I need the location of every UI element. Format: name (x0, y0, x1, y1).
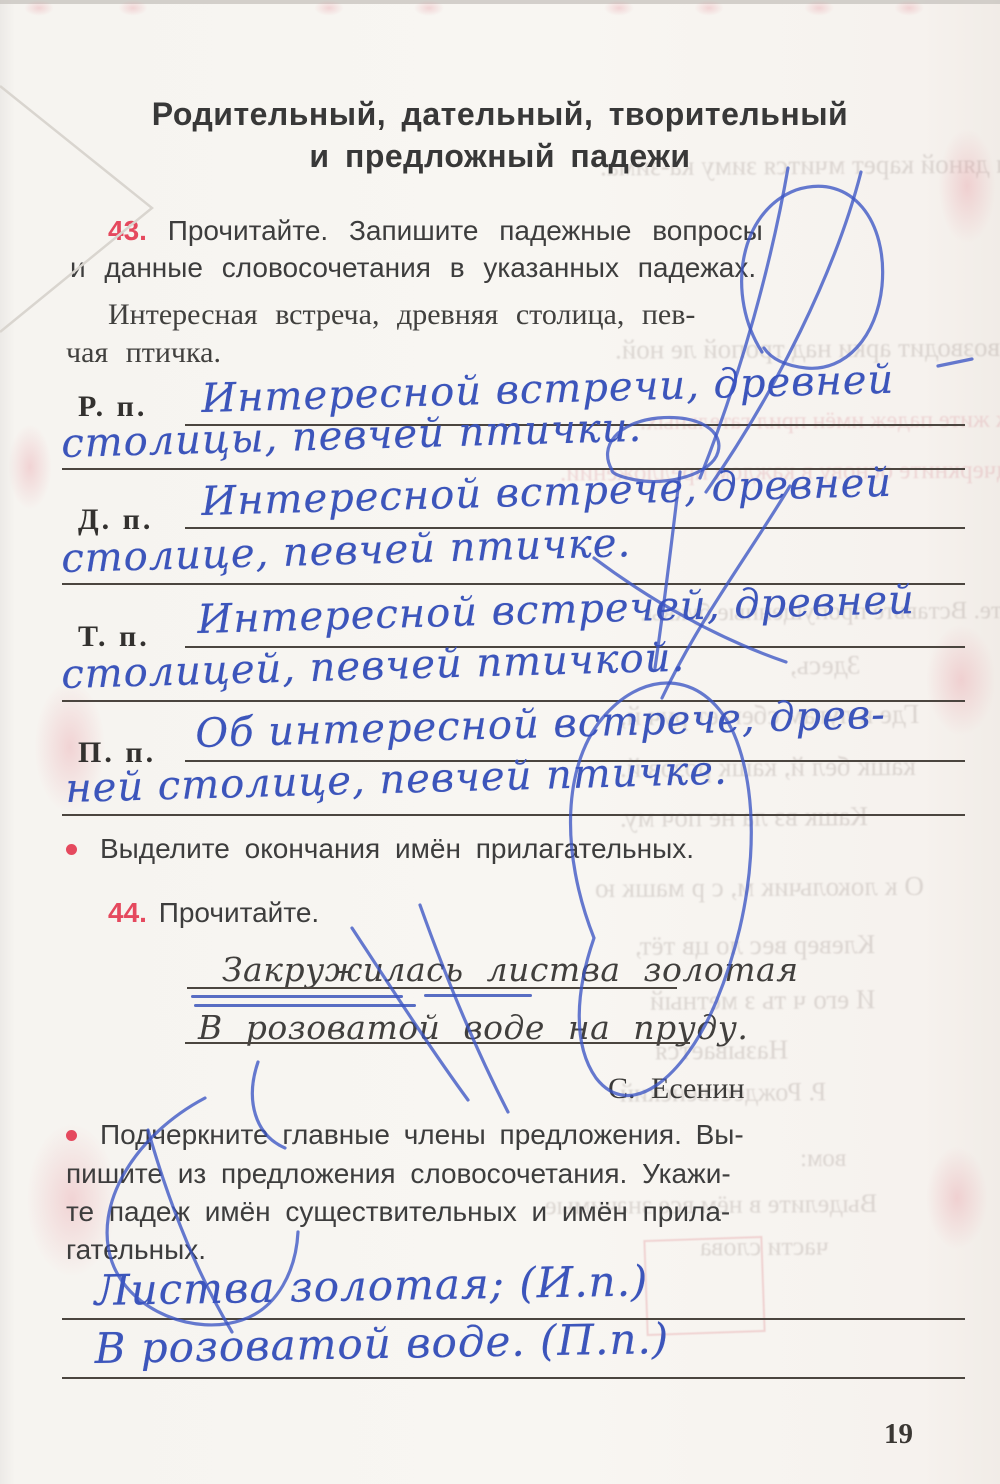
bleedthrough-text: вом: (800, 1145, 847, 1173)
floral-blot (894, 0, 924, 16)
bleedthrough-text: Ук жите падеж имён прил гательных. (640, 407, 1000, 437)
page-title-line1: Родительный, дательный, творительный (0, 96, 1000, 133)
bullet-dot (66, 844, 77, 855)
floral-blot (926, 624, 996, 736)
ex44-bullet-line4: гательных. (66, 1234, 206, 1266)
ex44-bullet-line3: те падеж имён существительных и имён при… (66, 1196, 730, 1228)
ex44-number: 44. (108, 897, 147, 928)
ex44-task-text: Прочитайте. (159, 897, 319, 928)
floral-blot (414, 0, 444, 16)
ex43-material-line1: Интересная встреча, древняя столица, пев… (108, 298, 695, 332)
poem-author: С. Есенин (608, 1072, 745, 1106)
answer-line (62, 1377, 965, 1379)
handwriting-genitive-2: столицы, певчей птички. (61, 405, 643, 467)
floral-blot (694, 0, 724, 16)
floral-blot (604, 0, 634, 16)
ex44-bullet-line2: пишите из предложения словосочетания. Ук… (66, 1158, 731, 1190)
floral-blot (118, 0, 148, 16)
predicate-underline-2 (194, 1004, 416, 1007)
floral-blot (8, 424, 52, 510)
ex43-task-line2: и данные словосочетания в указанных паде… (70, 252, 756, 284)
workbook-page: В л дяной карет мчится зиму ка-зима.И м … (0, 0, 1000, 1484)
page-title-line2: и предложный падежи (0, 138, 1000, 175)
floral-blot (24, 0, 54, 16)
page-number: 19 (884, 1418, 913, 1451)
case-label-dative: Д. п. (78, 503, 153, 537)
bleedthrough-text: О к локольчик м, с р машк ю (595, 871, 924, 904)
floral-blot (926, 1146, 988, 1250)
subject-underline (424, 994, 532, 997)
floral-blot (804, 0, 834, 16)
poem-rule (185, 1042, 690, 1044)
handwriting-prepositional-2: ней столице, певчей птичке. (65, 748, 729, 812)
ex43-number: 43. (108, 215, 147, 246)
poem-line1: Закружилась листва золотая (222, 950, 799, 989)
bleedthrough-text: Кашк вз ла не поч му. (620, 801, 868, 834)
handwriting-instrumental-2: столицей, певчей птичкой. (61, 635, 686, 698)
predicate-underline-1 (191, 995, 403, 998)
floral-blot (314, 0, 344, 16)
answer-line (62, 814, 965, 816)
ex43-task-line1: 43. Прочитайте. Запишите падежные вопрос… (108, 215, 763, 247)
handwriting-answer-1: Листва золотая; (И.п.) (94, 1256, 649, 1315)
ex43-material-line2: чая птичка. (66, 336, 221, 370)
bullet-dot (66, 1130, 77, 1141)
handwriting-instrumental-1: Интересной встречей, древней (197, 577, 916, 643)
ex43-task-text1: Прочитайте. Запишите падежные вопросы (168, 215, 763, 246)
ex43-bullet-text: Выделите окончания имён прилагательных. (100, 833, 694, 865)
ex44-task-line: 44. Прочитайте. (108, 897, 319, 929)
bleedthrough-text: Здесь, (790, 650, 861, 681)
poem-rule (187, 987, 677, 989)
ex44-bullet-line1: Подчеркните главные члены предложения. В… (100, 1119, 744, 1151)
handwriting-answer-2: В розоватой воде. (П.п.) (94, 1314, 669, 1373)
